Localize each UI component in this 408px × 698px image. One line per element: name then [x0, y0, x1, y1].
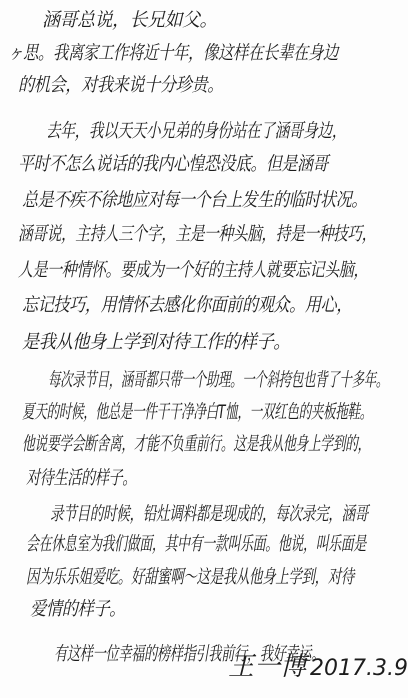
letter-line: 会在休息室为我们做面，其中有一款叫乐面。他说，叫乐面是 [26, 532, 366, 556]
letter-line: 每次录节目，涵哥都只带一个助理。一个斜挎包也背了十多年。 [48, 368, 388, 392]
handwritten-letter: 涵哥总说，长兄如父。ヶ思。我离家工作将近十年，像这样在长辈在身边的机会，对我来说… [0, 0, 408, 698]
letter-line: 涵哥说，主持人三个字，主是一种头脑，持是一种技巧， [18, 222, 376, 246]
letter-line: 夏天的时候，他总是一件干干净净白T恤，一双红色的夹板拖鞋。 [22, 400, 372, 424]
letter-line: 涵哥总说，长兄如父。 [42, 8, 217, 32]
letter-line: 他说要学会断舍离，才能不负重前行。这是我从他身上学到的， [22, 432, 370, 456]
letter-line: 忘记技巧，用情怀去感化你面前的观众。用心， [22, 293, 352, 317]
letter-line: 因为乐乐姐爱吃。好甜蜜啊～这是我从他身上学到，对待 [26, 565, 354, 589]
letter-line: 人是一种情怀。要成为一个好的主持人就要忘记头脑， [18, 258, 368, 282]
signature-name: 王一博 [228, 652, 306, 682]
letter-line: 平时不怎么说话的我内心惶恐没底。但是涵哥 [18, 152, 328, 176]
letter-line: 是我从他身上学到对待工作的样子。 [22, 330, 290, 354]
letter-line: 总是不疾不徐地应对每一个台上发生的临时状况。 [22, 188, 367, 212]
signature: 王一博2017.3.9 [228, 652, 408, 684]
letter-line: 爱情的样子。 [30, 597, 125, 621]
letter-line: 的机会，对我来说十分珍贵。 [18, 73, 223, 97]
signature-date: 2017.3.9 [310, 656, 408, 681]
letter-line: 录节目的时候，铅灶调料都是现成的，每次录完，涵哥 [50, 502, 368, 526]
letter-line: 去年，我以天天小兄弟的身份站在了涵哥身边， [46, 119, 346, 143]
letter-line: 对待生活的样子。 [26, 466, 136, 490]
letter-line: ヶ思。我离家工作将近十年，像这样在长辈在身边 [8, 41, 338, 65]
